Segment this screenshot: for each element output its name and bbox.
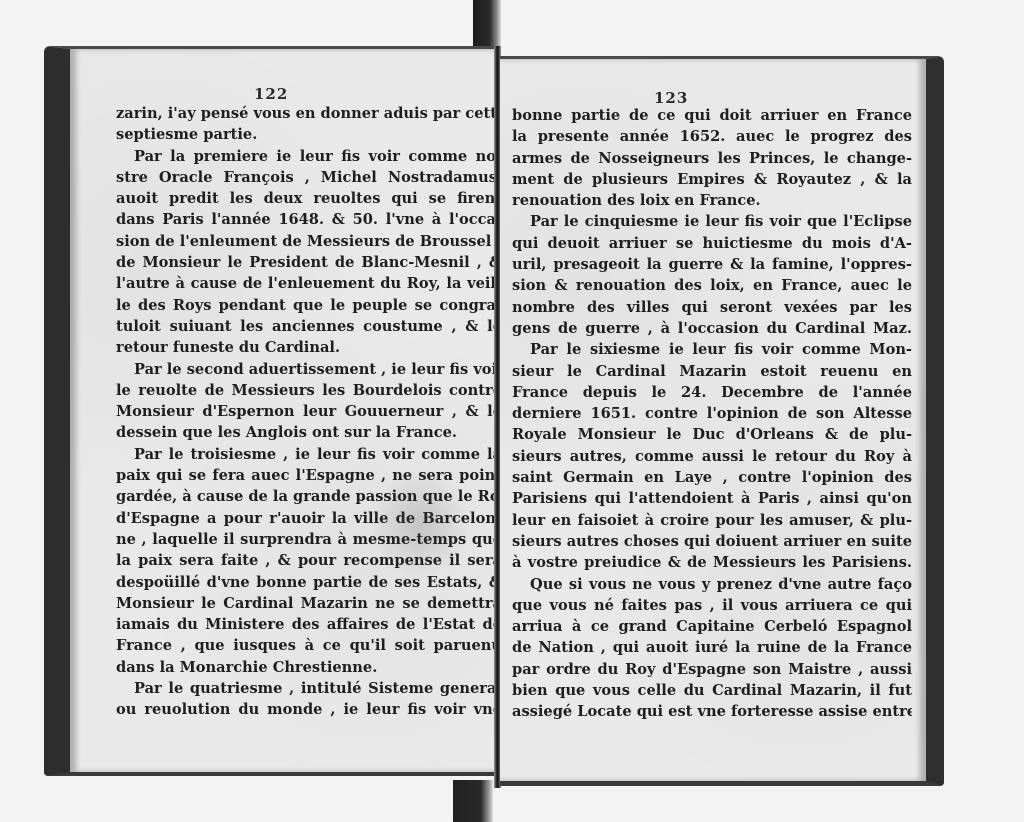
- text-line: sieurs autres choses qui doiuent arriuer…: [512, 531, 912, 552]
- text-line: Par le troisiesme , ie leur fis voir com…: [116, 444, 502, 465]
- text-line: tuloit suiuant les anciennes coustume , …: [116, 316, 502, 337]
- text-line: de Monsieur le President de Blanc-Mesnil…: [116, 252, 502, 273]
- text-line: Que si vous ne vous y prenez d'vne autre…: [512, 574, 912, 595]
- open-book: 122 zarin, i'ay pensé vous en donner adu…: [44, 46, 944, 786]
- text-line: uril, presageoit la guerre & la famine, …: [512, 254, 912, 275]
- text-line: stre Oracle François , Michel Nostradamu…: [116, 167, 502, 188]
- page-number-left: 122: [254, 85, 288, 103]
- left-page-text: zarin, i'ay pensé vous en donner aduis p…: [116, 103, 502, 721]
- text-line: Parisiens qui l'attendoient à Paris , ai…: [512, 488, 912, 509]
- text-line: le reuolte de Messieurs les Bourdelois c…: [116, 380, 502, 401]
- text-line: France , que iusques à ce qu'il soit par…: [116, 635, 502, 656]
- text-line: arriua à ce grand Capitaine Cerbeló Espa…: [512, 616, 912, 637]
- text-line: le des Roys pendant que le peuple se con…: [116, 295, 502, 316]
- text-line: de Nation , qui auoit iuré la ruine de l…: [512, 637, 912, 658]
- text-line: dans Paris l'année 1648. & 50. l'vne à l…: [116, 209, 502, 230]
- text-line: d'Espagne a pour r'auoir la ville de Bar…: [116, 508, 502, 529]
- right-page: 123 bonne partie de ce qui doit arriuer …: [500, 56, 944, 786]
- text-line: Par la premiere ie leur fis voir comme n…: [116, 146, 502, 167]
- text-line: assiegé Locate qui est vne forteresse as…: [512, 701, 912, 722]
- text-line: saint Germain en Laye , contre l'opinion…: [512, 467, 912, 488]
- text-line: à vostre preiudice & de Messieurs les Pa…: [512, 552, 912, 573]
- text-line: derniere 1651. contre l'opinion de son A…: [512, 403, 912, 424]
- text-line: Par le quatriesme , intitulé Sisteme gen…: [116, 678, 502, 699]
- text-line: l'autre à cause de l'enleuement du Roy, …: [116, 273, 502, 294]
- text-line: renouation des loix en France.: [512, 190, 912, 211]
- text-line: dans la Monarchie Chrestienne.: [116, 657, 502, 678]
- text-line: zarin, i'ay pensé vous en donner aduis p…: [116, 103, 502, 124]
- text-line: qui deuoit arriuer se huictiesme du mois…: [512, 233, 912, 254]
- text-line: sieurs autres, comme aussi le retour du …: [512, 446, 912, 467]
- text-line: dessein que les Anglois ont sur la Franc…: [116, 422, 502, 443]
- text-line: la presente année 1652. auec le progrez …: [512, 126, 912, 147]
- text-line: auoit predit les deux reuoltes qui se fi…: [116, 188, 502, 209]
- text-line: sieur le Cardinal Mazarin estoit reuenu …: [512, 361, 912, 382]
- text-line: France depuis le 24. Decembre de l'année: [512, 382, 912, 403]
- text-line: ne , laquelle il surprendra à mesme-temp…: [116, 529, 502, 550]
- text-line: retour funeste du Cardinal.: [116, 337, 502, 358]
- text-line: sion & renouation des loix, en France, a…: [512, 275, 912, 296]
- text-line: ment de plusieurs Empires & Royautez , &…: [512, 169, 912, 190]
- binding-strap-bottom: [453, 780, 493, 822]
- text-line: Par le sixiesme ie leur fis voir comme M…: [512, 339, 912, 360]
- right-page-text: bonne partie de ce qui doit arriuer en F…: [512, 105, 912, 723]
- text-line: leur en faisoiet à croire pour les amuse…: [512, 510, 912, 531]
- text-line: Par le second aduertissement , ie leur f…: [116, 359, 502, 380]
- text-line: Monsieur le Cardinal Mazarin ne se demet…: [116, 593, 502, 614]
- left-page: 122 zarin, i'ay pensé vous en donner adu…: [44, 46, 496, 776]
- text-line: Monsieur d'Espernon leur Gouuerneur , & …: [116, 401, 502, 422]
- text-line: sion de l'enleument de Messieurs de Brou…: [116, 231, 502, 252]
- text-line: la paix sera faite , & pour recompense i…: [116, 550, 502, 571]
- text-line: que vous né faites pas , il vous arriuer…: [512, 595, 912, 616]
- text-line: nombre des villes qui seront vexées par …: [512, 297, 912, 318]
- text-line: Royale Monsieur le Duc d'Orleans & de pl…: [512, 424, 912, 445]
- text-line: bien que vous celle du Cardinal Mazarin,…: [512, 680, 912, 701]
- text-line: bonne partie de ce qui doit arriuer en F…: [512, 105, 912, 126]
- text-line: gardée, à cause de la grande passion que…: [116, 486, 502, 507]
- text-line: paix qui se fera auec l'Espagne , ne ser…: [116, 465, 502, 486]
- text-line: septiesme partie.: [116, 124, 502, 145]
- text-line: iamais du Ministere des affaires de l'Es…: [116, 614, 502, 635]
- text-line: ou reuolution du monde , ie leur fis voi…: [116, 699, 502, 720]
- text-line: Par le cinquiesme ie leur fis voir que l…: [512, 211, 912, 232]
- text-line: gens de guerre , à l'occasion du Cardina…: [512, 318, 912, 339]
- text-line: par ordre du Roy d'Espagne son Maistre ,…: [512, 659, 912, 680]
- text-line: despoüillé d'vne bonne partie de ses Est…: [116, 572, 502, 593]
- text-line: armes de Nosseigneurs les Princes, le ch…: [512, 148, 912, 169]
